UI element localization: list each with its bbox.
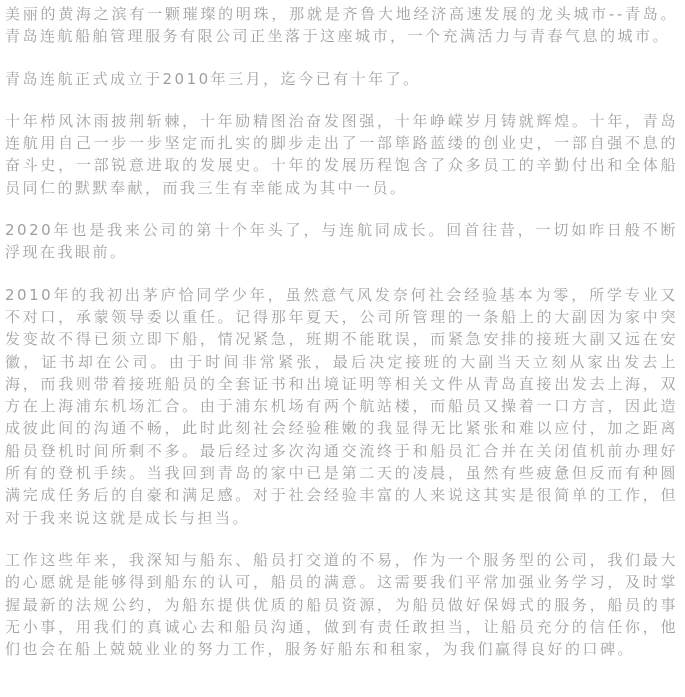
document-page: 美丽的黄海之滨有一颗璀璨的明珠，那就是齐鲁大地经济高速发展的龙头城市--青岛。青… xyxy=(0,0,685,660)
paragraph: 青岛连航正式成立于2010年三月，迄今已有十年了。 xyxy=(5,68,678,90)
paragraph: 十年栉风沐雨披荆斩棘，十年励精图治奋发图强，十年峥嵘岁月铸就辉煌。十年，青岛连航… xyxy=(5,110,678,199)
paragraph: 美丽的黄海之滨有一颗璀璨的明珠，那就是齐鲁大地经济高速发展的龙头城市--青岛。青… xyxy=(5,3,678,48)
paragraph: 工作这些年来，我深知与船东、船员打交道的不易，作为一个服务型的公司，我们最大的心… xyxy=(5,549,678,660)
paragraph: 2020年也是我来公司的第十个年头了，与连航同成长。回首往昔，一切如昨日般不断浮… xyxy=(5,219,678,264)
paragraph: 2010年的我初出茅庐恰同学少年，虽然意气风发奈何社会经验基本为零，所学专业又不… xyxy=(5,284,678,529)
paragraphs-container: 美丽的黄海之滨有一颗璀璨的明珠，那就是齐鲁大地经济高速发展的龙头城市--青岛。青… xyxy=(5,3,678,660)
